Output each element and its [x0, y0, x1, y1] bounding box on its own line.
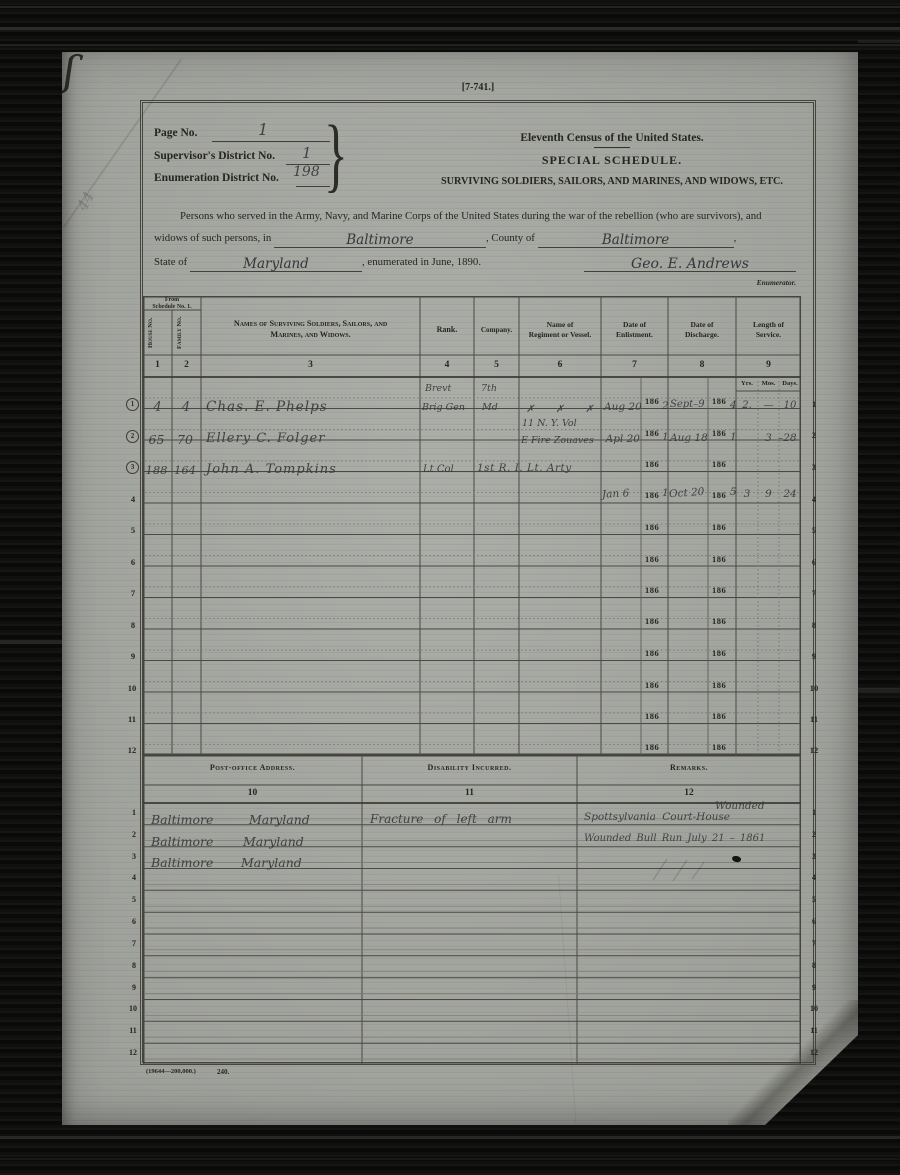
row2-enlist-year-digit: 1 — [662, 431, 669, 443]
row3-house-no: 188 — [143, 463, 170, 477]
footer-print-code: (19644—200,000.) — [146, 1068, 196, 1075]
row-number-right: 10 — [806, 683, 822, 693]
special-schedule-title: SPECIAL SCHEDULE. — [412, 153, 812, 168]
row-number-circled: 3 — [126, 461, 139, 474]
row1-company-line1: 7th — [481, 383, 497, 394]
soldiers-table: From Schedule No. 1. House No. Family No… — [143, 296, 801, 755]
state-value: Maryland — [243, 256, 309, 272]
row2-regiment: E Fire Zouaves — [521, 435, 594, 446]
brow-number-right: 10 — [806, 1004, 822, 1013]
row1-rank-line2: Brig Gen — [422, 402, 465, 413]
from-schedule-note-2: Schedule No. 1. — [143, 304, 201, 310]
preamble-line2-prefix: widows of such persons, in — [154, 232, 271, 244]
discharge-year-preprint: 186 — [712, 554, 726, 564]
margin-pencil-mark: 44 — [73, 188, 98, 213]
brow1-address-state: Maryland — [249, 812, 310, 827]
row3-name: John A. Tompkins — [206, 462, 337, 477]
enlist-year-preprint: 186 — [645, 554, 659, 564]
state-fill: Maryland — [190, 256, 362, 272]
enumerator-label: Enumerator. — [626, 278, 796, 287]
col-number-12: 12 — [577, 788, 801, 798]
brow-number-right: 9 — [806, 983, 822, 992]
discharge-year-preprint: 186 — [712, 459, 726, 469]
discharge-year-preprint: 186 — [712, 490, 726, 500]
preamble-line3-mid: , enumerated in June, 1890. — [362, 256, 481, 268]
row2-name: Ellery C. Folger — [206, 431, 325, 446]
discharge-year-preprint: 186 — [712, 522, 726, 532]
row-number-left: 11 — [125, 714, 139, 724]
row2-discharge-day: Aug 18 — [670, 432, 708, 444]
row2-service-days: –28 — [778, 432, 797, 444]
row4-discharge-day: Oct 20 — [669, 486, 705, 500]
row3-regiment-span: 1st R. I. Lt. Arty — [477, 462, 572, 474]
row-number-right: 3 — [806, 462, 822, 472]
row2-discharge-year-digit: 1 — [730, 431, 737, 443]
discharge-year-preprint: 186 — [712, 680, 726, 690]
row-number-right: 5 — [806, 525, 822, 535]
census-title-rule — [594, 147, 630, 148]
enlist-year-preprint: 186 — [645, 742, 659, 752]
scan-streak — [0, 6, 900, 8]
row1-enlist-day: Aug 20 — [604, 401, 642, 413]
brow-number-left: 10 — [126, 1004, 140, 1013]
row-number-right: 1 — [806, 399, 822, 409]
row1-regiment-line2: 11 N. Y. Vol — [522, 418, 577, 429]
col-header-enlistment-1: Date of — [601, 320, 668, 329]
page-no-label: Page No. — [154, 127, 197, 139]
row2-service-mos: 3 — [759, 432, 778, 444]
col-header-regiment-1: Name of — [519, 320, 601, 329]
row4-discharge-year-digit: 5 — [730, 486, 737, 498]
enlist-year-preprint: 186 — [645, 396, 659, 406]
brow1-address-city: Baltimore — [151, 812, 213, 827]
discharge-year-preprint: 186 — [712, 616, 726, 626]
supervisor-district-label: Supervisor's District No. — [154, 150, 275, 162]
service-sub-mos: Mos. — [758, 380, 779, 387]
brow-number-right: 4 — [806, 873, 822, 882]
brow-number-left: 3 — [128, 852, 140, 861]
col-header-discharge-2: Discharge. — [668, 330, 736, 339]
brow-number-left: 2 — [128, 830, 140, 839]
col-number-7: 7 — [601, 360, 668, 370]
discharge-year-preprint: 186 — [712, 711, 726, 721]
row-number-left: 8 — [127, 620, 139, 630]
supervisor-district-value: 1 — [302, 144, 312, 162]
row1-regiment-marks: ✗ ✗ ✗ — [526, 404, 603, 415]
row3-family-no: 164 — [172, 463, 198, 477]
col-header-names-1: Names of Surviving Soldiers, Sailors, an… — [201, 319, 420, 328]
scan-streak — [0, 640, 62, 644]
preamble-line3: State of Maryland, enumerated in June, 1… — [154, 256, 594, 272]
row-number-right: 6 — [806, 557, 822, 567]
row2-enlist-day: Apl 20 — [602, 433, 640, 445]
row-number-right: 7 — [806, 588, 822, 598]
brow-number-right: 2 — [806, 830, 822, 839]
col-number-10: 10 — [143, 788, 362, 798]
enumeration-district-label: Enumeration District No. — [154, 172, 279, 184]
enlist-year-preprint: 186 — [645, 616, 659, 626]
row-number-right: 8 — [806, 620, 822, 630]
row1-company-line2: Md — [482, 402, 498, 413]
enlist-year-preprint: 186 — [645, 585, 659, 595]
brow-number-left: 12 — [126, 1048, 140, 1057]
row3-rank: Lt Col — [423, 464, 454, 475]
row1-family-no: 4 — [173, 400, 199, 415]
row-number-left: 7 — [127, 588, 139, 598]
row1-house-no: 4 — [145, 400, 170, 415]
page-no-value: 1 — [258, 120, 268, 139]
row4-enlist-day: Jan 6 — [602, 487, 630, 500]
row-number-circled: 2 — [126, 430, 139, 443]
col-number-5: 5 — [474, 360, 519, 370]
service-sub-days: Days. — [779, 380, 801, 387]
brow-number-left: 1 — [128, 808, 140, 817]
col-header-names-2: Marines, and Widows. — [201, 330, 420, 339]
brow-number-right: 6 — [806, 917, 822, 926]
row1-rank-line1: Brevt — [425, 383, 451, 394]
brow-number-left: 11 — [126, 1026, 140, 1035]
form-number: [7-741.] — [140, 82, 816, 93]
from-schedule-note-1: From — [143, 297, 201, 303]
enlist-year-preprint: 186 — [645, 680, 659, 690]
enlist-year-preprint: 186 — [645, 711, 659, 721]
row-number-circled: 1 — [126, 398, 139, 411]
service-sub-yrs: Yrs. — [736, 380, 758, 387]
row-number-right: 12 — [806, 745, 822, 755]
discharge-year-preprint: 186 — [712, 585, 726, 595]
city-value: Baltimore — [346, 232, 413, 248]
col-number-3: 3 — [201, 360, 420, 370]
col-header-enlistment-2: Enlistment. — [601, 330, 668, 339]
row1-service-mos: — — [759, 400, 778, 411]
row-number-right: 2 — [806, 430, 822, 440]
brow-number-right: 12 — [806, 1048, 822, 1057]
scan-streak — [0, 1136, 900, 1139]
row2-house-no: 65 — [143, 432, 170, 447]
col-header-service-2: Service. — [736, 330, 801, 339]
col-number-1: 1 — [143, 360, 172, 370]
brow2-address-city: Baltimore — [151, 834, 213, 849]
col-number-9: 9 — [736, 360, 801, 370]
row-number-left: 12 — [125, 745, 139, 755]
brow-number-left: 8 — [128, 961, 140, 970]
row-number-right: 11 — [806, 714, 822, 724]
row-number-left: 6 — [127, 557, 139, 567]
scan-streak — [0, 44, 900, 46]
brow-number-left: 7 — [128, 939, 140, 948]
enlist-year-preprint: 186 — [645, 459, 659, 469]
scan-streak — [858, 40, 900, 43]
brow-number-right: 7 — [806, 939, 822, 948]
page-no-line — [212, 141, 330, 142]
col-number-6: 6 — [519, 360, 601, 370]
enumerator-signature: Geo. E. Andrews — [631, 256, 749, 272]
col-header-company: Company. — [474, 326, 519, 334]
row1-enlist-year-digit: 2 — [662, 400, 669, 412]
scan-streak — [0, 1158, 900, 1160]
brow1-disability: Fracture of left arm — [370, 812, 512, 826]
row1-name: Chas. E. Phelps — [206, 399, 328, 415]
enlist-year-preprint: 186 — [645, 490, 659, 500]
footer-print-number: 240. — [217, 1068, 229, 1076]
enlist-year-preprint: 186 — [645, 428, 659, 438]
col-header-post-office: Post-office Address. — [143, 763, 362, 772]
discharge-year-preprint: 186 — [712, 742, 726, 752]
row-number-left: 4 — [127, 494, 139, 504]
preamble-line1: Persons who served in the Army, Navy, an… — [154, 210, 806, 222]
row-number-left: 5 — [127, 525, 139, 535]
scan-streak — [858, 688, 900, 693]
brow-number-left: 4 — [128, 873, 140, 882]
col-number-11: 11 — [362, 788, 577, 798]
brow-number-right: 1 — [806, 808, 822, 817]
brow-number-right: 3 — [806, 852, 822, 861]
col-number-4: 4 — [420, 360, 474, 370]
preamble-line2-suffix: , — [734, 232, 737, 244]
row4-service-days: 24 — [780, 488, 800, 500]
col-header-family-no: Family No. — [176, 313, 197, 353]
row-number-left: 10 — [125, 683, 139, 693]
row4-service-mos: 9 — [759, 488, 778, 500]
col-header-remarks: Remarks. — [577, 763, 801, 772]
scanned-census-page: ʃ 44 [7-741.] Page No. 1 Supervisor's Di… — [62, 52, 858, 1125]
row-number-left: 9 — [127, 651, 139, 661]
col-header-house-no: House No. — [147, 313, 168, 353]
brow2-remark: Wounded Bull Run July 21 – 1861 — [584, 833, 765, 844]
discharge-year-preprint: 186 — [712, 428, 726, 438]
enlist-year-preprint: 186 — [645, 648, 659, 658]
col-header-disability: Disability Incurred. — [362, 763, 577, 772]
scan-streak — [0, 27, 900, 30]
row2-family-no: 70 — [172, 432, 198, 447]
col-header-rank: Rank. — [420, 325, 474, 334]
row-number-right: 4 — [806, 494, 822, 504]
preamble-line2-mid: , County of — [486, 232, 535, 244]
bottom-table-grid — [143, 755, 801, 1065]
city-fill: Baltimore — [274, 232, 486, 248]
enlist-year-preprint: 186 — [645, 522, 659, 532]
col-header-service-1: Length of — [736, 320, 801, 329]
brow3-address-city: Baltimore — [151, 855, 213, 870]
enumerator-signature-line: Geo. E. Andrews — [584, 255, 796, 272]
enumeration-district-value: 198 — [293, 164, 320, 180]
brow-number-left: 5 — [128, 895, 140, 904]
row4-service-yrs: 3 — [737, 488, 757, 500]
col-number-8: 8 — [668, 360, 736, 370]
discharge-year-preprint: 186 — [712, 648, 726, 658]
row-number-right: 9 — [806, 651, 822, 661]
county-fill: Baltimore — [538, 232, 734, 248]
row1-discharge-day: Sept–9 — [670, 399, 705, 410]
preamble-line2: widows of such persons, in Baltimore, Co… — [154, 232, 806, 248]
row1-service-days: 10 — [780, 400, 800, 411]
brow-number-left: 6 — [128, 917, 140, 926]
discharge-year-preprint: 186 — [712, 396, 726, 406]
brow1-remark: Spottsylvania Court-House — [584, 811, 730, 823]
brow-number-left: 9 — [128, 983, 140, 992]
col-header-discharge-1: Date of — [668, 320, 736, 329]
col-number-2: 2 — [172, 360, 201, 370]
brow-number-right: 5 — [806, 895, 822, 904]
row1-service-yrs: 2. — [737, 400, 757, 411]
schedule-subtitle: SURVIVING SOLDIERS, SAILORS, AND MARINES… — [412, 176, 812, 187]
brow-number-right: 8 — [806, 961, 822, 970]
address-disability-remarks-table: Post-office Address. Disability Incurred… — [143, 755, 801, 1065]
header-brace: } — [324, 108, 348, 203]
brow2-address-state: Maryland — [243, 834, 304, 849]
brow3-address-state: Maryland — [241, 855, 302, 870]
county-value: Baltimore — [602, 232, 669, 248]
preamble-line3-prefix: State of — [154, 256, 187, 268]
col-header-regiment-2: Regiment or Vessel. — [519, 330, 601, 339]
census-title: Eleventh Census of the United States. — [412, 132, 812, 144]
brow-number-right: 11 — [806, 1026, 822, 1035]
stray-pen-mark: ʃ — [61, 46, 77, 96]
row1-discharge-year-digit: 4 — [730, 399, 737, 411]
